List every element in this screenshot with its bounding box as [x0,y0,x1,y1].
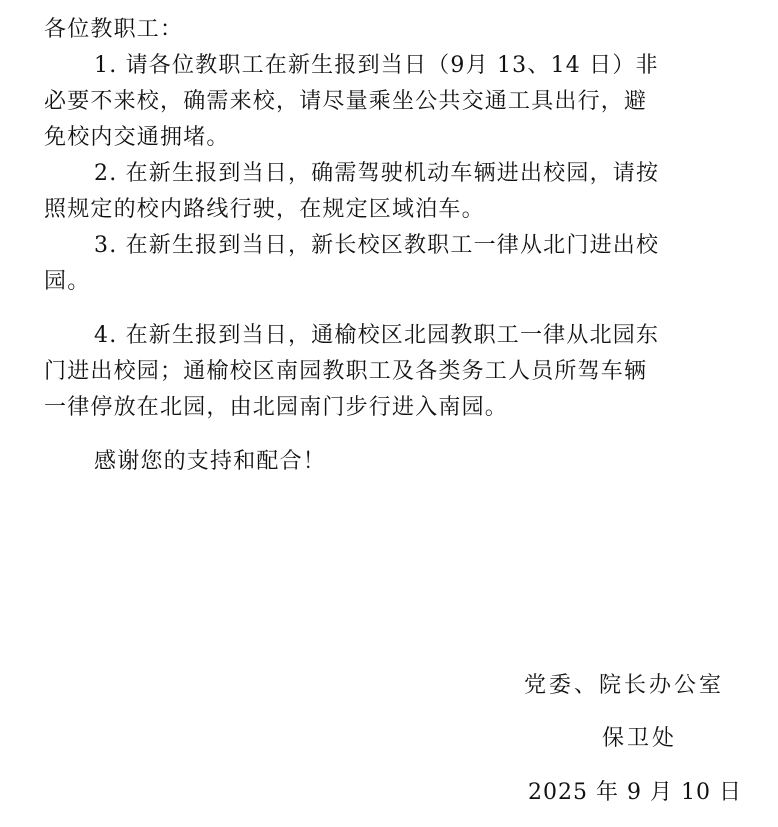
closing-text: 感谢您的支持和配合！ [44,444,736,480]
signature-department: 保卫处 [602,721,677,752]
item-4-line-1: 4. 在新生报到当日，通榆校区北园教职工一律从北园东 [44,318,736,354]
spacer [44,300,736,318]
item-1-line-2: 必要不来校，确需来校，请尽量乘坐公共交通工具出行，避 [44,84,736,120]
item-1: 1. 请各位教职工在新生报到当日（9月 13、14 日）非 必要不来校，确需来校… [44,48,736,156]
item-3: 3. 在新生报到当日，新长校区教职工一律从北门进出校 园。 [44,228,736,300]
item-2-line-1: 2. 在新生报到当日，确需驾驶机动车辆进出校园，请按 [44,156,736,192]
spacer [44,426,736,444]
item-2: 2. 在新生报到当日，确需驾驶机动车辆进出校园，请按 照规定的校内路线行驶，在规… [44,156,736,228]
item-2-line-2: 照规定的校内路线行驶，在规定区域泊车。 [44,192,736,228]
signature-date: 2025 年 9 月 10 日 [528,775,742,806]
item-3-line-2: 园。 [44,264,736,300]
item-4: 4. 在新生报到当日，通榆校区北园教职工一律从北园东 门进出校园；通榆校区南园教… [44,318,736,426]
item-4-line-2: 门进出校园；通榆校区南园教职工及各类务工人员所驾车辆 [44,354,736,390]
salutation: 各位教职工： [44,12,736,48]
item-3-line-1: 3. 在新生报到当日，新长校区教职工一律从北门进出校 [44,228,736,264]
signature-office: 党委、院长办公室 [524,668,724,699]
item-1-line-1: 1. 请各位教职工在新生报到当日（9月 13、14 日）非 [44,48,736,84]
notice-body: 各位教职工： 1. 请各位教职工在新生报到当日（9月 13、14 日）非 必要不… [44,12,736,480]
item-4-line-3: 一律停放在北园，由北园南门步行进入南园。 [44,390,736,426]
item-1-line-3: 免校内交通拥堵。 [44,120,736,156]
